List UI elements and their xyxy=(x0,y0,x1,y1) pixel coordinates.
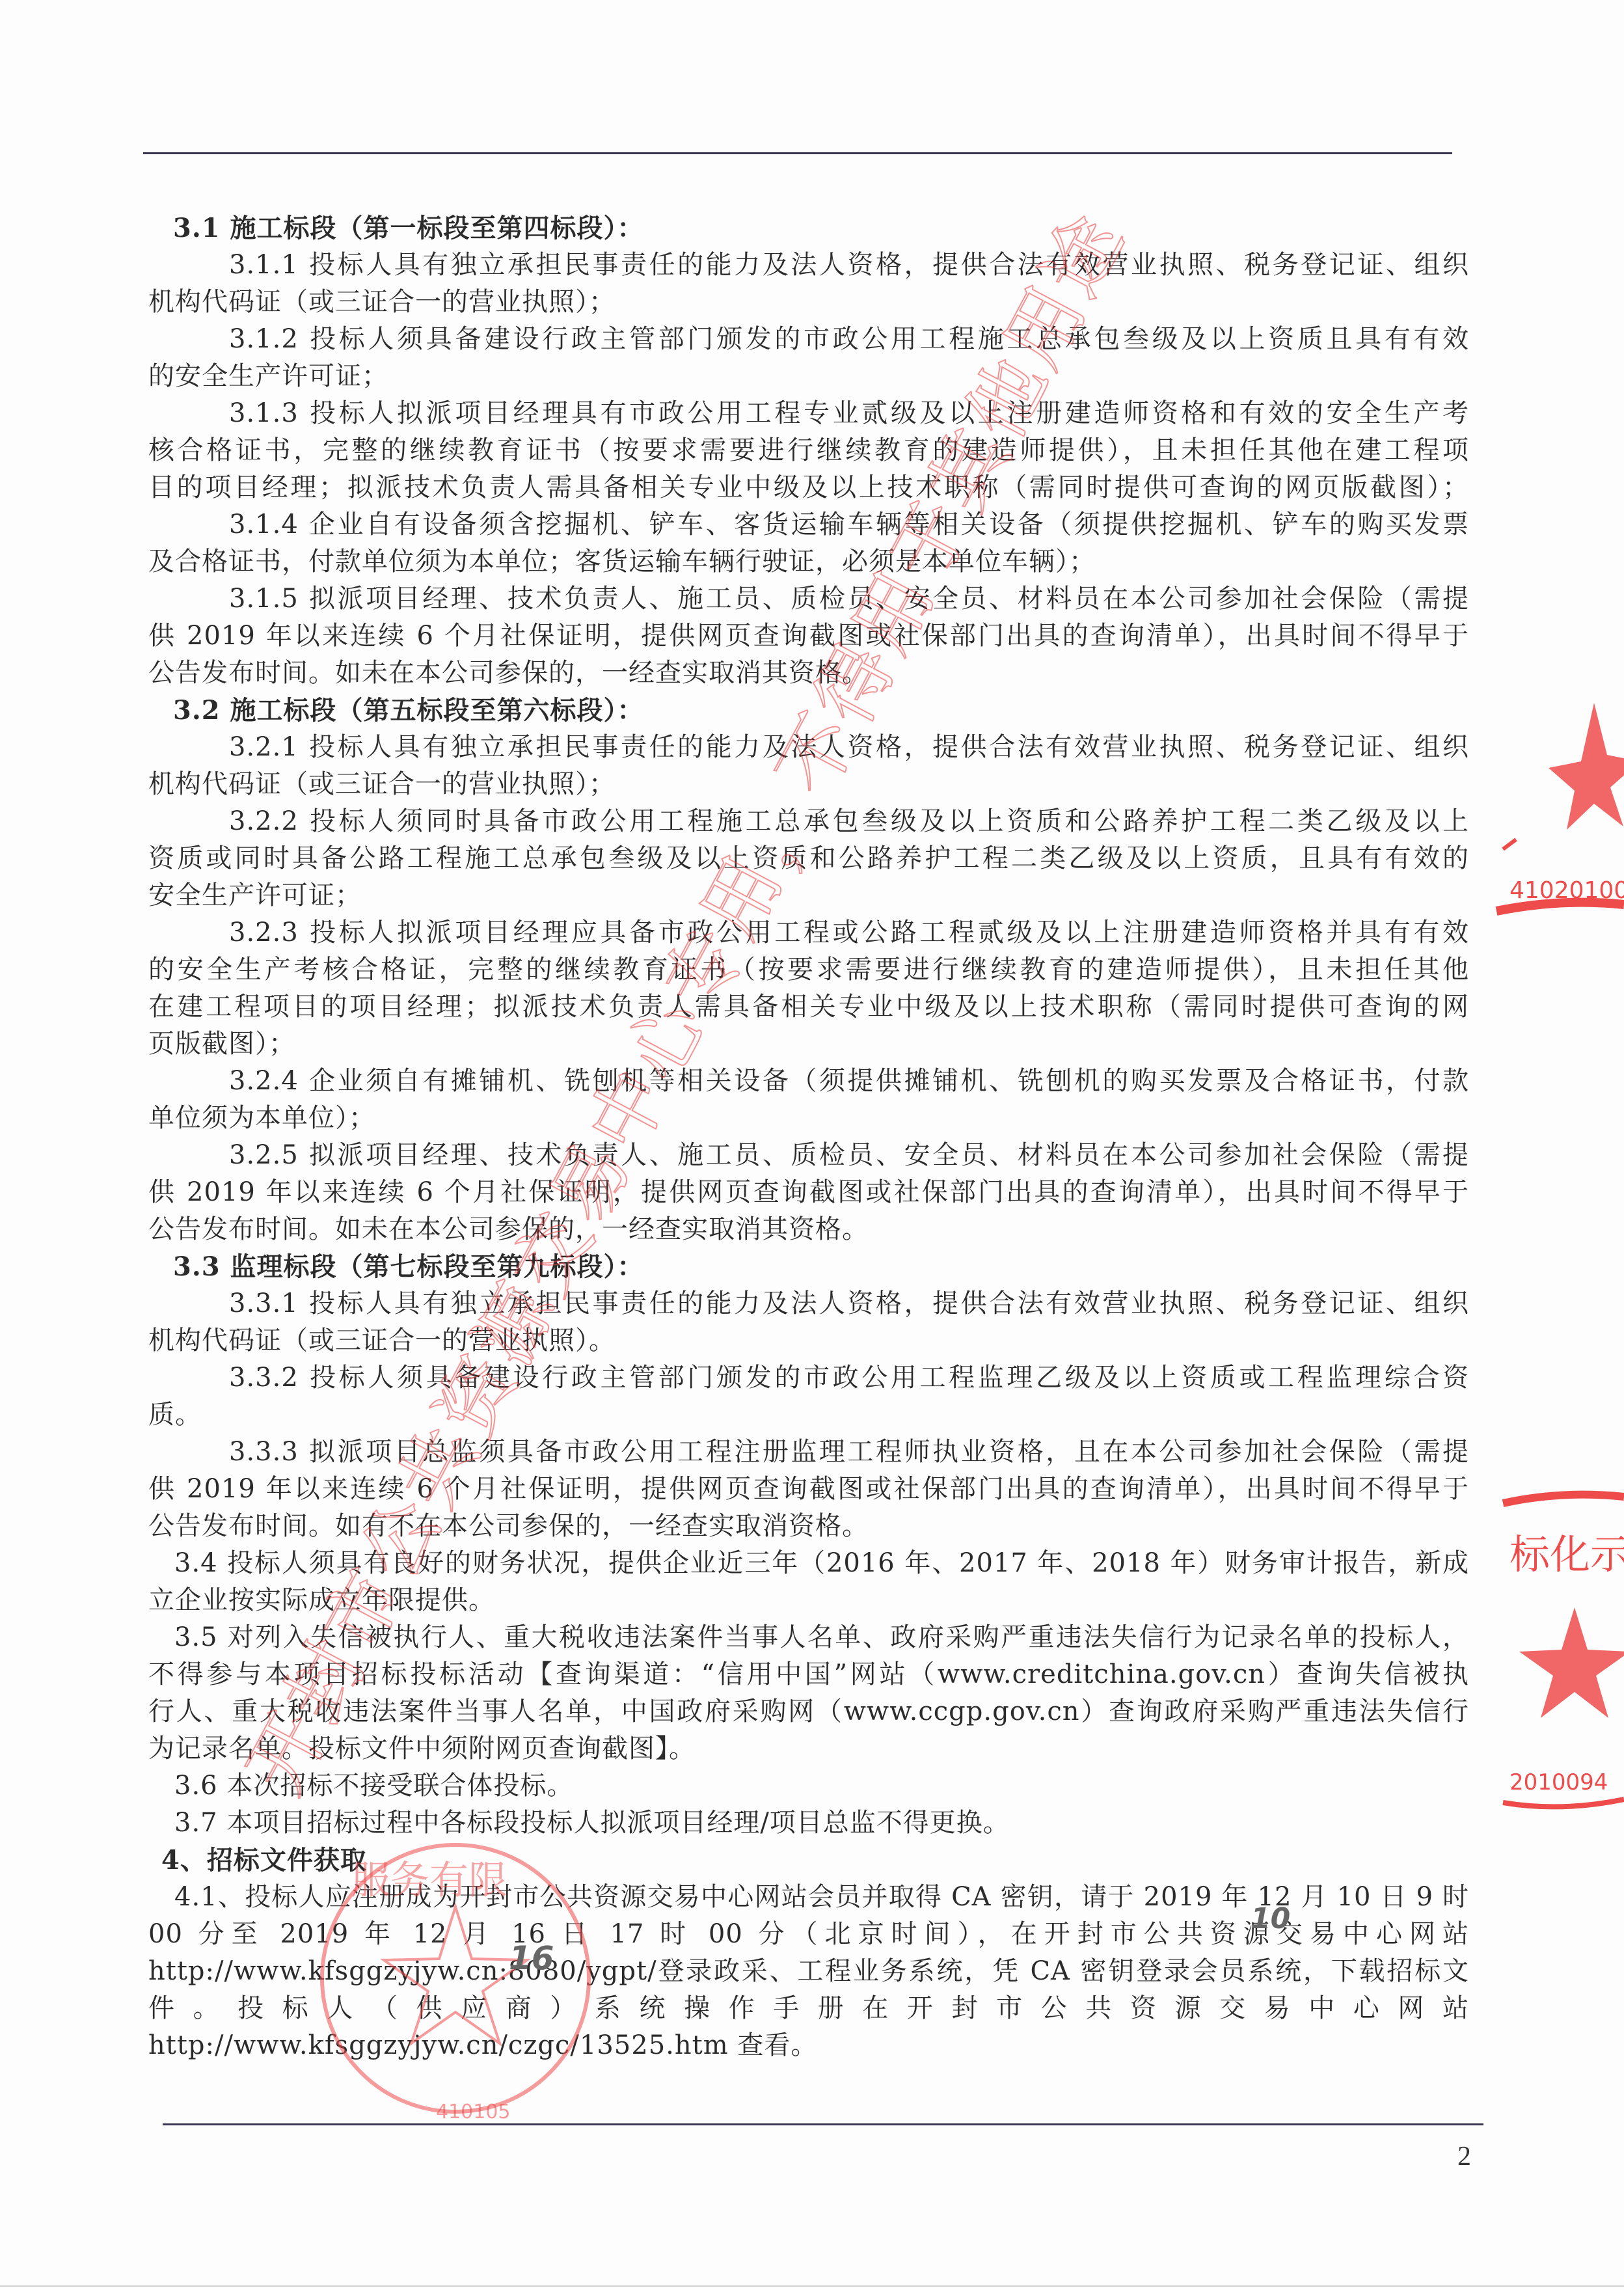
section-heading: 3.1 施工标段（第一标段至第四标段）： xyxy=(148,210,1469,247)
text-line: 质。 xyxy=(148,1397,1469,1434)
footer-rule xyxy=(163,2123,1483,2125)
text-line: 页版截图）； xyxy=(148,1026,1469,1063)
text-line: 3.3.3 拟派项目总监须具备市政公用工程注册监理工程师执业资格，且在本公司参加… xyxy=(148,1434,1469,1471)
text-line: 3.7 本项目招标过程中各标段投标人拟派项目经理/项目总监不得更换。 xyxy=(148,1805,1469,1842)
text-line: 3.1.1 投标人具有独立承担民事责任的能力及法人资格，提供合法有效营业执照、税… xyxy=(148,247,1469,284)
text-line: 安全生产许可证； xyxy=(148,877,1469,914)
text-line: 3.1.3 投标人拟派项目经理具有市政公用工程专业贰级及以上注册建造师资格和有效… xyxy=(148,395,1469,432)
text-line: 公告发布时间。如未在本公司参保的，一经查实取消其资格。 xyxy=(148,1211,1469,1248)
text-line: 机构代码证（或三证合一的营业执照）。 xyxy=(148,1322,1469,1359)
page-number: 2 xyxy=(1457,2141,1471,2172)
document-page: 3.1 施工标段（第一标段至第四标段）：3.1.1 投标人具有独立承担民事责任的… xyxy=(0,0,1624,2290)
text-line: 在建工程项目的项目经理；拟派技术负责人需具备相关专业中级及以上技术职称（需同时提… xyxy=(148,988,1469,1026)
seal-text: 标化示范 xyxy=(1509,1531,1624,1578)
text-line: 机构代码证（或三证合一的营业执照）； xyxy=(148,284,1469,321)
text-line: 件。投标人（供应商）系统操作手册在开封市公共资源交易中心网站 xyxy=(148,1990,1469,2027)
text-line: 核合格证书，完整的继续教育证书（按要求需要进行继续教育的建造师提供），且未担任其… xyxy=(148,432,1469,469)
text-line: 3.2.5 拟派项目经理、技术负责人、施工员、质检员、安全员、材料员在本公司参加… xyxy=(148,1137,1469,1174)
text-line: 4.1、投标人应注册成为开封市公共资源交易中心网站会员并取得 CA 密钥，请于 … xyxy=(148,1879,1469,1916)
text-line: 3.3.1 投标人具有独立承担民事责任的能力及法人资格，提供合法有效营业执照、税… xyxy=(148,1285,1469,1322)
official-seal-right-upper: 41020100 xyxy=(1483,690,1624,924)
text-line: http://www.kfsggzyjyw.cn:8080/ygpt/登录政采、… xyxy=(148,1953,1469,1990)
page-edge xyxy=(0,2285,1624,2287)
official-seal-right-lower: 标化示范 2010094 xyxy=(1496,1477,1624,1816)
header-rule xyxy=(143,152,1452,154)
text-line: 3.3.2 投标人须具备建设行政主管部门颁发的市政公用工程监理乙级及以上资质或工… xyxy=(148,1359,1469,1397)
text-line: 3.6 本次招标不接受联合体投标。 xyxy=(148,1767,1469,1805)
seal-code: 2010094 xyxy=(1509,1769,1608,1795)
document-body: 3.1 施工标段（第一标段至第四标段）：3.1.1 投标人具有独立承担民事责任的… xyxy=(148,210,1469,2064)
text-line: 目的项目经理；拟派技术负责人需具备相关专业中级及以上技术职称（需同时提供可查询的… xyxy=(148,469,1469,506)
text-line: 的安全生产许可证； xyxy=(148,358,1469,395)
text-line: 3.2.3 投标人拟派项目经理应具备市政公用工程或公路工程贰级及以上注册建造师资… xyxy=(148,914,1469,951)
text-line: 供 2019 年以来连续 6 个月社保证明，提供网页查询截图或社保部门出具的查询… xyxy=(148,1174,1469,1211)
text-line: 3.1.5 拟派项目经理、技术负责人、施工员、质检员、安全员、材料员在本公司参加… xyxy=(148,580,1469,618)
text-line: 3.1.2 投标人须具备建设行政主管部门颁发的市政公用工程施工总承包叁级及以上资… xyxy=(148,321,1469,358)
text-line: 3.2.4 企业须自有摊铺机、铣刨机等相关设备（须提供摊铺机、铣刨机的购买发票及… xyxy=(148,1063,1469,1100)
text-line: 的安全生产考核合格证，完整的继续教育证书（按要求需要进行继续教育的建造师提供），… xyxy=(148,951,1469,988)
section-heading: 3.3 监理标段（第七标段至第九标段）： xyxy=(148,1248,1469,1285)
seal-code: 410105 xyxy=(436,2101,511,2123)
text-line: 及合格证书，付款单位须为本单位；客货运输车辆行驶证，必须是本单位车辆）； xyxy=(148,543,1469,580)
section-heading: 4、招标文件获取 xyxy=(148,1842,1469,1879)
text-line: 3.1.4 企业自有设备须含挖掘机、铲车、客货运输车辆等相关设备（须提供挖掘机、… xyxy=(148,506,1469,543)
text-line: http://www.kfsggzyjyw.cn/czgc/13525.htm … xyxy=(148,2027,1469,2064)
text-line: 单位须为本单位）； xyxy=(148,1100,1469,1137)
text-line: 00 分至 2019 年 12 月 16 日 17 时 00 分（北京时间），在… xyxy=(148,1916,1469,1953)
seal-code: 41020100 xyxy=(1509,877,1624,904)
text-line: 供 2019 年以来连续 6 个月社保证明，提供网页查询截图或社保部门出具的查询… xyxy=(148,1471,1469,1508)
